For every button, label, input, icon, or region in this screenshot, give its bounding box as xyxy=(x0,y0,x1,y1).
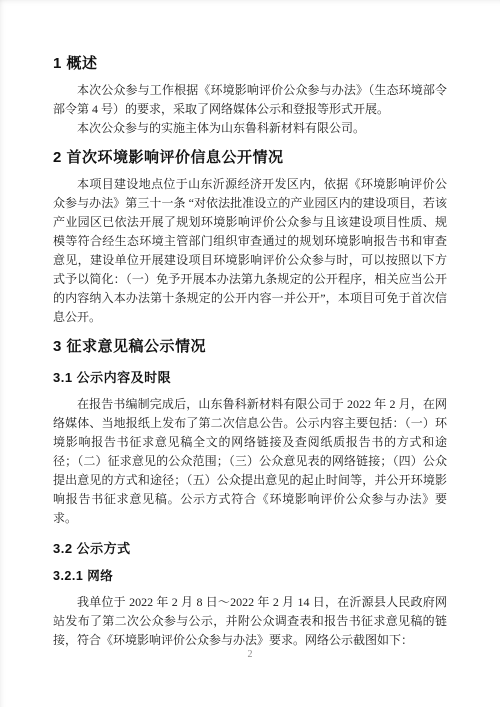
section-3-2-heading: 3.2 公示方式 xyxy=(53,540,447,558)
section-3-1-paragraph-1: 在报告书编制完成后，山东鲁科新材料有限公司于 2022 年 2 月，在网络媒体、… xyxy=(53,395,447,528)
section-3-2-1-heading: 3.2.1 网络 xyxy=(53,568,447,585)
section-3-1-heading: 3.1 公示内容及时限 xyxy=(53,369,447,387)
page-number: 2 xyxy=(248,649,253,660)
section-3-heading: 3 征求意见稿公示情况 xyxy=(53,337,447,357)
section-1-heading: 1 概述 xyxy=(53,54,447,74)
section-2-paragraph-1: 本项目建设地点位于山东沂源经济开发区内，依据《环境影响评价公众参与办法》第三十一… xyxy=(53,175,447,327)
section-1-paragraph-1: 本次公众参与工作根据《环境影响评价公众参与办法》（生态环境部令 部令第 4 号）… xyxy=(53,81,447,119)
section-2-heading: 2 首次环境影响评价信息公开情况 xyxy=(53,148,447,168)
section-1-paragraph-2: 本次公众参与的实施主体为山东鲁科新材料有限公司。 xyxy=(53,119,447,138)
section-3-2-1-paragraph-1: 我单位于 2022 年 2 月 8 日～2022 年 2 月 14 日，在沂源县… xyxy=(53,593,447,650)
document-page: 1 概述 本次公众参与工作根据《环境影响评价公众参与办法》（生态环境部令 部令第… xyxy=(0,0,500,707)
page-footer: 2 xyxy=(0,644,500,662)
